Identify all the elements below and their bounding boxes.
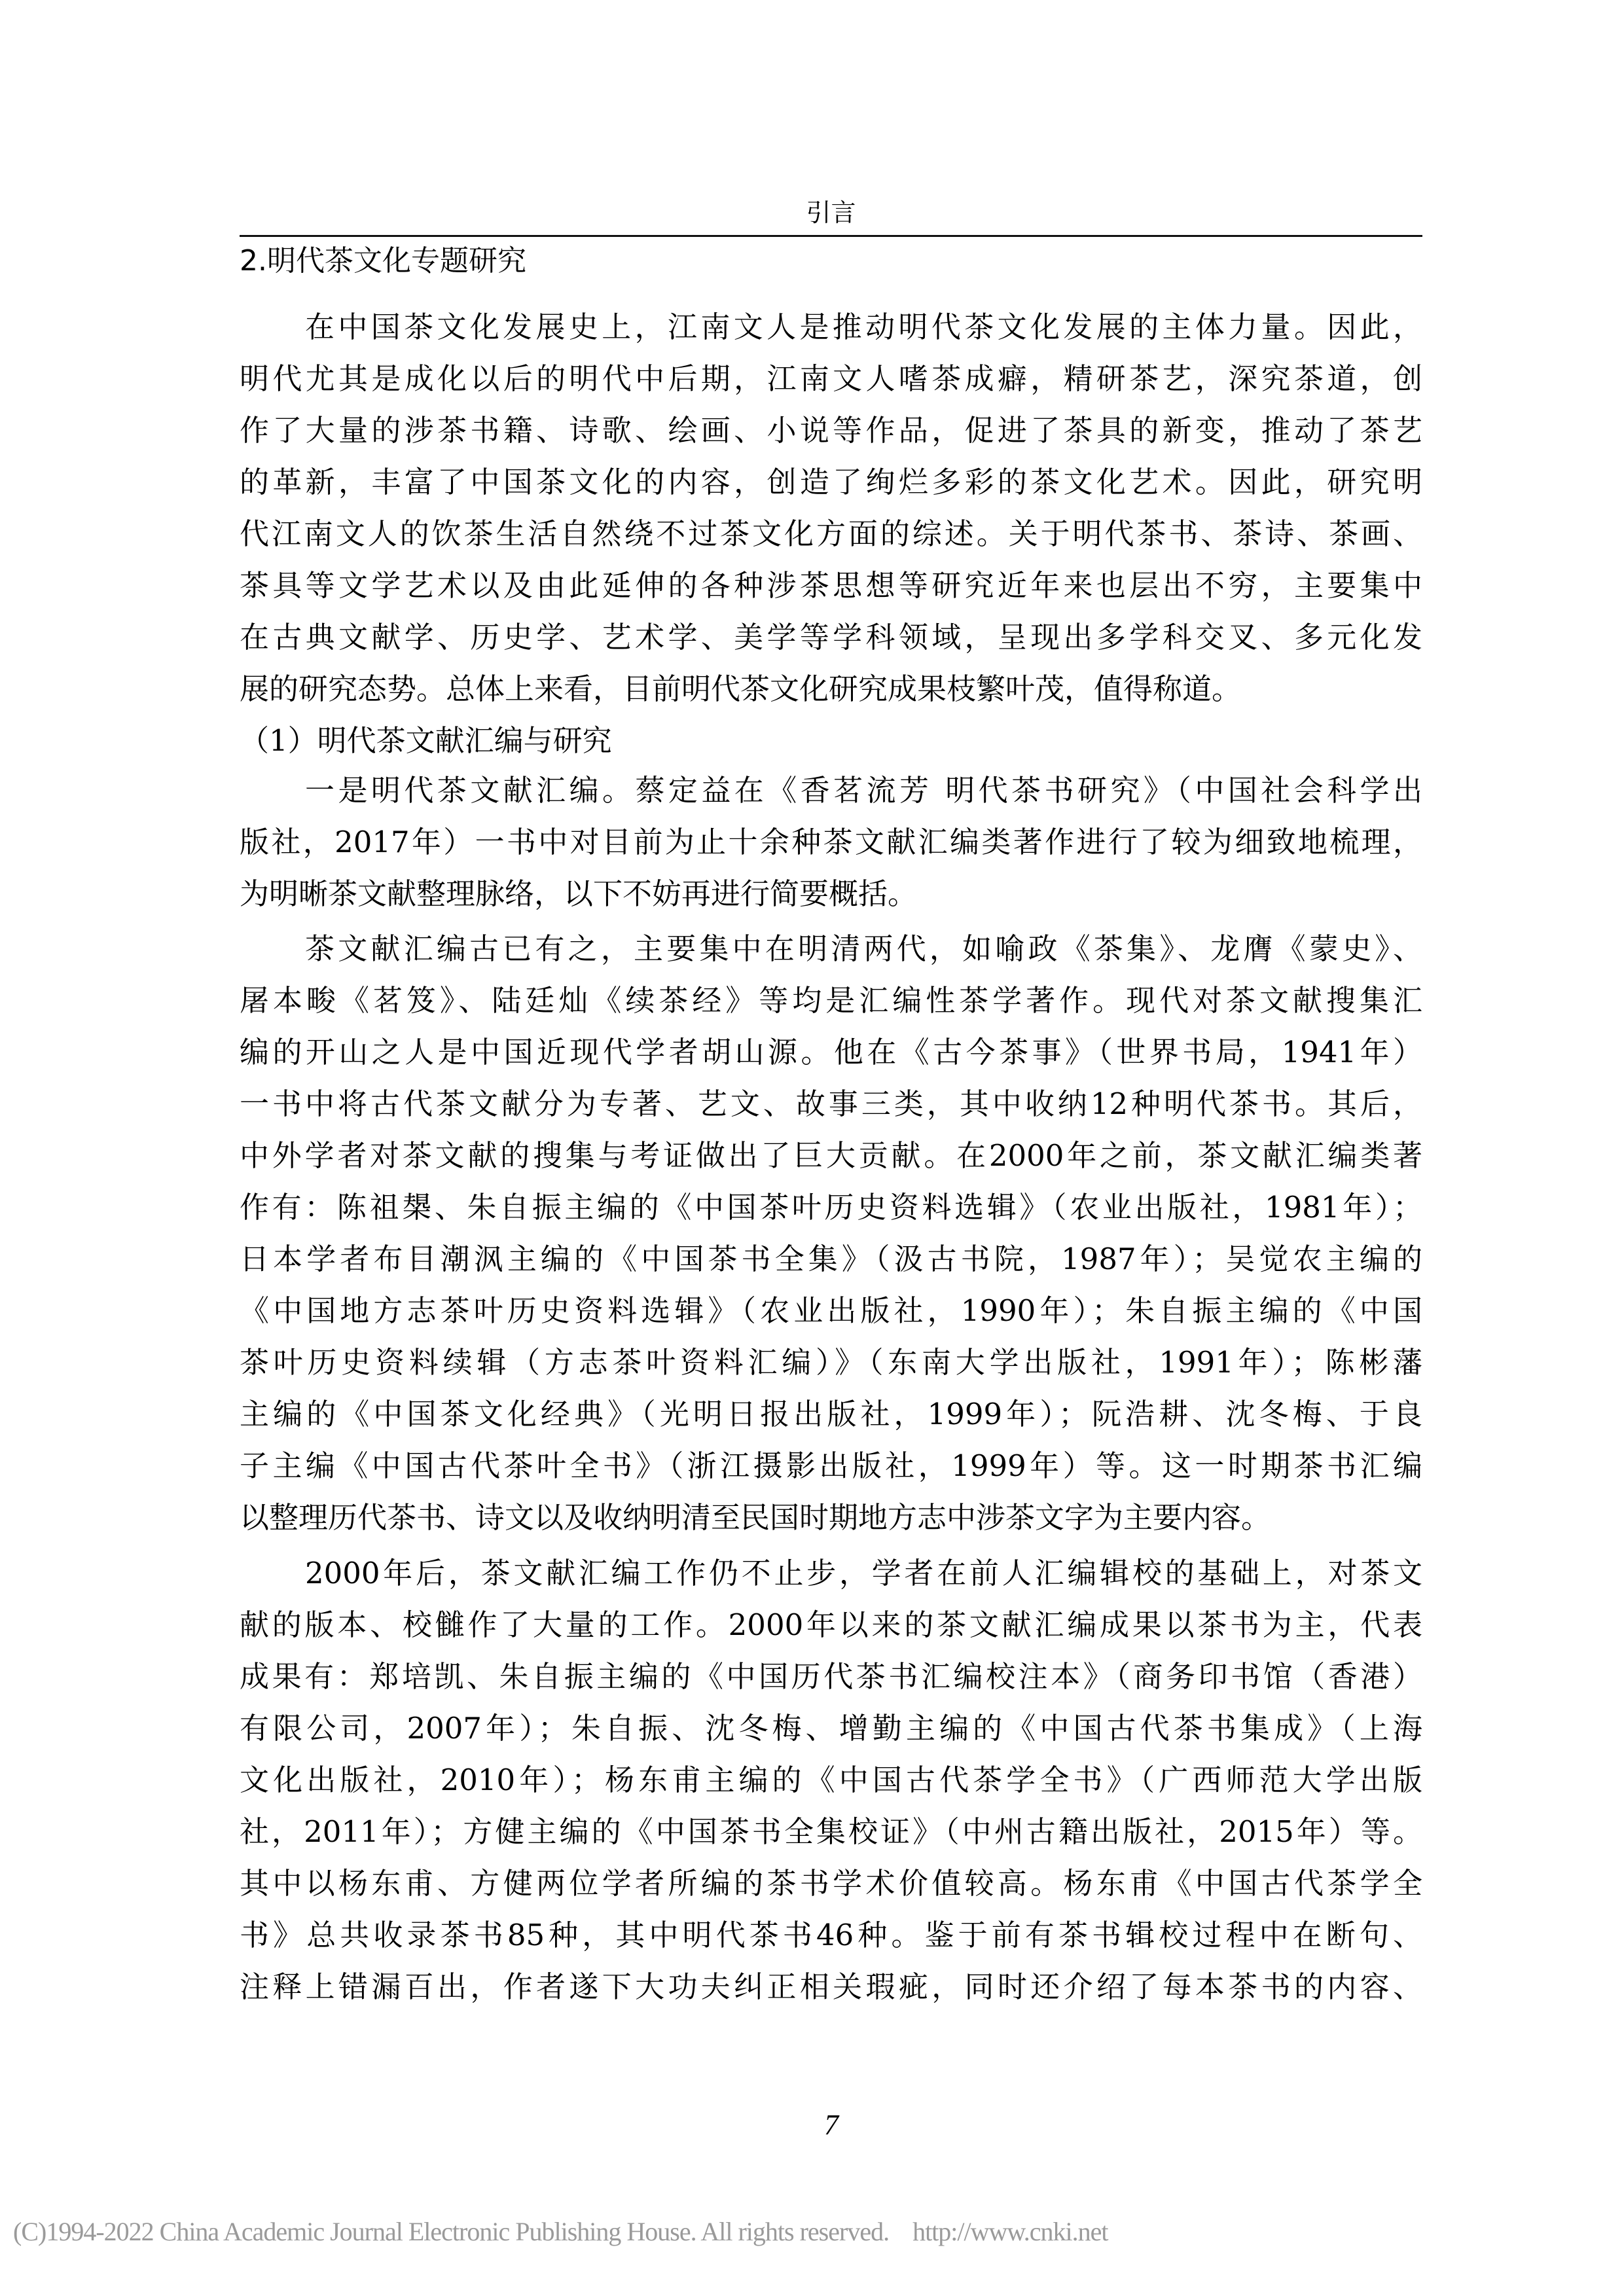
header-rule xyxy=(240,235,1422,237)
text-line: 茶叶历史资料续辑（方志茶叶资料汇编）》（东南大学出版社，1991年）；陈彬藩 xyxy=(240,1344,1422,1381)
text-line: 作有：陈祖槼、朱自振主编的《中国茶叶历史资料选辑》（农业出版社，1981年）； xyxy=(240,1189,1422,1226)
footer-copyright: (C)1994-2022 China Academic Journal Elec… xyxy=(13,2215,1108,2248)
text-line: 茶文献汇编古已有之，主要集中在明清两代，如喻政《茶集》、龙膺《蒙史》、 xyxy=(240,931,1422,967)
text-line: 屠本畯《茗笈》、陆廷灿《续茶经》等均是汇编性茶学著作。现代对茶文献搜集汇 xyxy=(240,982,1422,1019)
text-line: 作了大量的涉茶书籍、诗歌、绘画、小说等作品，促进了茶具的新变，推动了茶艺 xyxy=(240,412,1422,449)
text-line: 明代尤其是成化以后的明代中后期，江南文人嗜茶成癖，精研茶艺，深究茶道，创 xyxy=(240,361,1422,397)
text-line: 中外学者对茶文献的搜集与考证做出了巨大贡献。在2000年之前，茶文献汇编类著 xyxy=(240,1138,1422,1174)
text-line: 在古典文献学、历史学、艺术学、美学等学科领域，呈现出多学科交叉、多元化发 xyxy=(240,619,1422,656)
text-line: 编的开山之人是中国近现代学者胡山源。他在《古今茶事》（世界书局，1941年） xyxy=(240,1034,1422,1071)
text-line: 有限公司，2007年）；朱自振、沈冬梅、增勤主编的《中国古代茶书集成》（上海 xyxy=(240,1710,1422,1747)
text-line: 茶具等文学艺术以及由此延伸的各种涉茶思想等研究近年来也层出不穷，主要集中 xyxy=(240,567,1422,604)
text-line: 为明晰茶文献整理脉络，以下不妨再进行简要概括。 xyxy=(240,876,1422,912)
text-line: 的革新，丰富了中国茶文化的内容，创造了绚烂多彩的茶文化艺术。因此，研究明 xyxy=(240,464,1422,501)
text-line: 一书中将古代茶文献分为专著、艺文、故事三类，其中收纳12种明代茶书。其后， xyxy=(240,1086,1422,1122)
text-line: 注释上错漏百出，作者遂下大功夫纠正相关瑕疵，同时还介绍了每本茶书的内容、 xyxy=(240,1969,1422,2005)
text-line: 书》总共收录茶书85种，其中明代茶书46种。鉴于前有茶书辑校过程中在断句、 xyxy=(240,1917,1422,1954)
subheading-1: （1）明代茶文献汇编与研究 xyxy=(240,723,612,759)
text-line: 社，2011年）；方健主编的《中国茶书全集校证》（中州古籍出版社，2015年）等… xyxy=(240,1814,1422,1850)
text-line: 以整理历代茶书、诗文以及收纳明清至民国时期地方志中涉茶文字为主要内容。 xyxy=(240,1499,1422,1536)
text-line: 展的研究态势。总体上来看，目前明代茶文化研究成果枝繁叶茂，值得称道。 xyxy=(240,671,1422,708)
text-line: 一是明代茶文献汇编。蔡定益在《香茗流芳 明代茶书研究》（中国社会科学出 xyxy=(240,772,1422,809)
text-line: 子主编《中国古代茶叶全书》（浙江摄影出版社，1999年）等。这一时期茶书汇编 xyxy=(240,1448,1422,1484)
running-header: 引言 xyxy=(240,196,1422,229)
text-line: 主编的《中国茶文化经典》（光明日报出版社，1999年）；阮浩耕、沈冬梅、于良 xyxy=(240,1396,1422,1433)
text-line: 代江南文人的饮茶生活自然绕不过茶文化方面的综述。关于明代茶书、茶诗、茶画、 xyxy=(240,516,1422,552)
text-line: 版社，2017年）一书中对目前为止十余种茶文献汇编类著作进行了较为细致地梳理， xyxy=(240,824,1422,861)
text-line: 2000年后，茶文献汇编工作仍不止步，学者在前人汇编辑校的基础上，对茶文 xyxy=(240,1555,1422,1592)
text-line: 献的版本、校雠作了大量的工作。2000年以来的茶文献汇编成果以茶书为主，代表 xyxy=(240,1607,1422,1643)
section-heading: 2.明代茶文化专题研究 xyxy=(240,243,526,279)
text-line: 文化出版社，2010年）；杨东甫主编的《中国古代茶学全书》（广西师范大学出版 xyxy=(240,1762,1422,1799)
text-line: 在中国茶文化发展史上，江南文人是推动明代茶文化发展的主体力量。因此， xyxy=(240,309,1422,346)
text-line: 成果有：郑培凯、朱自振主编的《中国历代茶书汇编校注本》（商务印书馆（香港） xyxy=(240,1659,1422,1695)
text-line: 日本学者布目潮沨主编的《中国茶书全集》（汲古书院，1987年）；吴觉农主编的 xyxy=(240,1241,1422,1278)
text-line: 其中以杨东甫、方健两位学者所编的茶书学术价值较高。杨东甫《中国古代茶学全 xyxy=(240,1865,1422,1902)
text-line: 《中国地方志茶叶历史资料选辑》（农业出版社，1990年）；朱自振主编的《中国 xyxy=(240,1293,1422,1329)
page-number: 7 xyxy=(812,2109,851,2142)
